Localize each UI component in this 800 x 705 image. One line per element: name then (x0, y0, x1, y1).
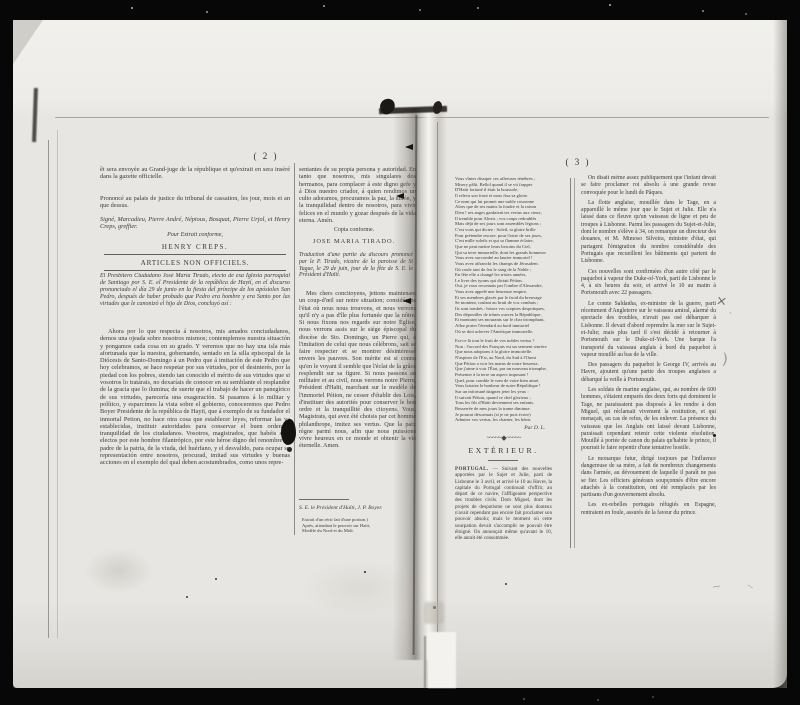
exterieur-rule (488, 460, 518, 461)
right-col2-news: On disait même assez publiquement que l'… (581, 175, 716, 555)
pour-extrait-line: Pour Extrait conforme, (100, 232, 290, 241)
news-paragraph: Le monarque futur, dirigé toujours par l… (581, 456, 716, 500)
film-dust (131, 7, 133, 9)
margin-x-mark: × (715, 293, 728, 309)
ink-blot (281, 419, 296, 445)
film-dust (477, 7, 479, 9)
news-paragraph: La flotte anglaise, mouillée dans le Tag… (581, 200, 716, 266)
fold-bottom-line (424, 636, 426, 688)
footnote-rule (299, 499, 349, 500)
film-dust (702, 10, 704, 12)
fold-arrow-icon (396, 193, 404, 199)
portugal-paragraph: PORTUGAL. — Suivant des nouvelles apport… (455, 466, 552, 550)
fold-bottom-strip (428, 632, 456, 688)
henry-creps-signature: HENRY CREPS. (100, 243, 290, 253)
dust-speck (186, 596, 188, 598)
news-paragraph: On disait même assez publiquement que l'… (581, 175, 716, 197)
film-dust (609, 4, 611, 6)
ornament-rule: ~~~~~ ◆ ~~~~~ (455, 434, 552, 443)
left-page-column-rule (294, 163, 295, 535)
articles-non-officiels-header: ARTICLES NON OFFICIELS. (141, 259, 250, 267)
film-dust (419, 9, 421, 11)
left-page-number: ( 2 ) (246, 151, 286, 161)
paper-stain (84, 548, 154, 594)
paper-right-shadow (773, 20, 787, 688)
portugal-label: PORTUGAL. (455, 466, 489, 472)
margin-tick-mark: , (729, 306, 732, 315)
fold-crease-line-2 (437, 122, 438, 650)
film-dust (523, 698, 525, 700)
fold-arrow-icon (405, 144, 413, 150)
film-dust (652, 696, 654, 698)
film-dust (323, 5, 325, 7)
dust-speck (505, 583, 507, 585)
left-col1-paragraph-2: Prononcé au palais de justice du tribuna… (100, 195, 290, 216)
left-col1-paragraph-1: êt sera envoyée au Grand-juge de la répu… (100, 166, 290, 193)
poem-attribution: Par D. L. (455, 425, 545, 433)
page-left-crease-2 (57, 130, 58, 638)
fold-arrow-icon (403, 298, 411, 304)
dust-speck (364, 571, 366, 573)
news-paragraph: Des passagers du paquebot le George IV, … (581, 362, 716, 384)
dust-speck (215, 578, 217, 580)
center-fold (393, 108, 447, 660)
news-paragraph: Les soldats de marine anglaise, qui, au … (581, 387, 716, 453)
film-dust (206, 11, 208, 13)
margin-dot (713, 434, 716, 437)
right-page-number: ( 3 ) (556, 157, 600, 167)
poem-stanza-2: Est-ce là tout le fruit de vos nobles ve… (455, 338, 552, 423)
left-col1-signatures: Signé, Marcadieu, Pierre André, Népious,… (100, 216, 290, 231)
paper-stain (424, 602, 444, 624)
page-left-crease (48, 140, 49, 638)
news-paragraph: Les ex-rebelles portugais réfugiés en Es… (581, 502, 716, 517)
margin-squiggle: ~ (711, 579, 722, 593)
poem-stanza-1: Vous vîntes dissiper ces affreuses ténèb… (455, 176, 552, 335)
ink-blot-small (287, 447, 292, 452)
paper-top-highlight (13, 20, 787, 118)
left-col1-body: Ahora por lo que respecta á nosotros, mi… (100, 328, 290, 533)
portugal-text: — Suivant des nouvelles apportées par le… (455, 466, 552, 541)
film-dust (597, 699, 599, 701)
news-paragraph: Ces nouvelles sont confirmées d'un autre… (581, 269, 716, 298)
corner-shadow (13, 20, 43, 64)
news-paragraph: Le comte Saldanha, ex-ministre de la gue… (581, 301, 716, 359)
left-col1-intro-italic: El Presbítero Ciudadano José María Tirad… (100, 273, 290, 326)
right-page-column-rule (570, 178, 575, 548)
microfilm-scan: ( 2 ) êt sera envoyée au Grand-juge de l… (0, 0, 800, 705)
exterieur-header: EXTÉRIEUR. (455, 446, 552, 457)
film-dust (745, 13, 747, 15)
